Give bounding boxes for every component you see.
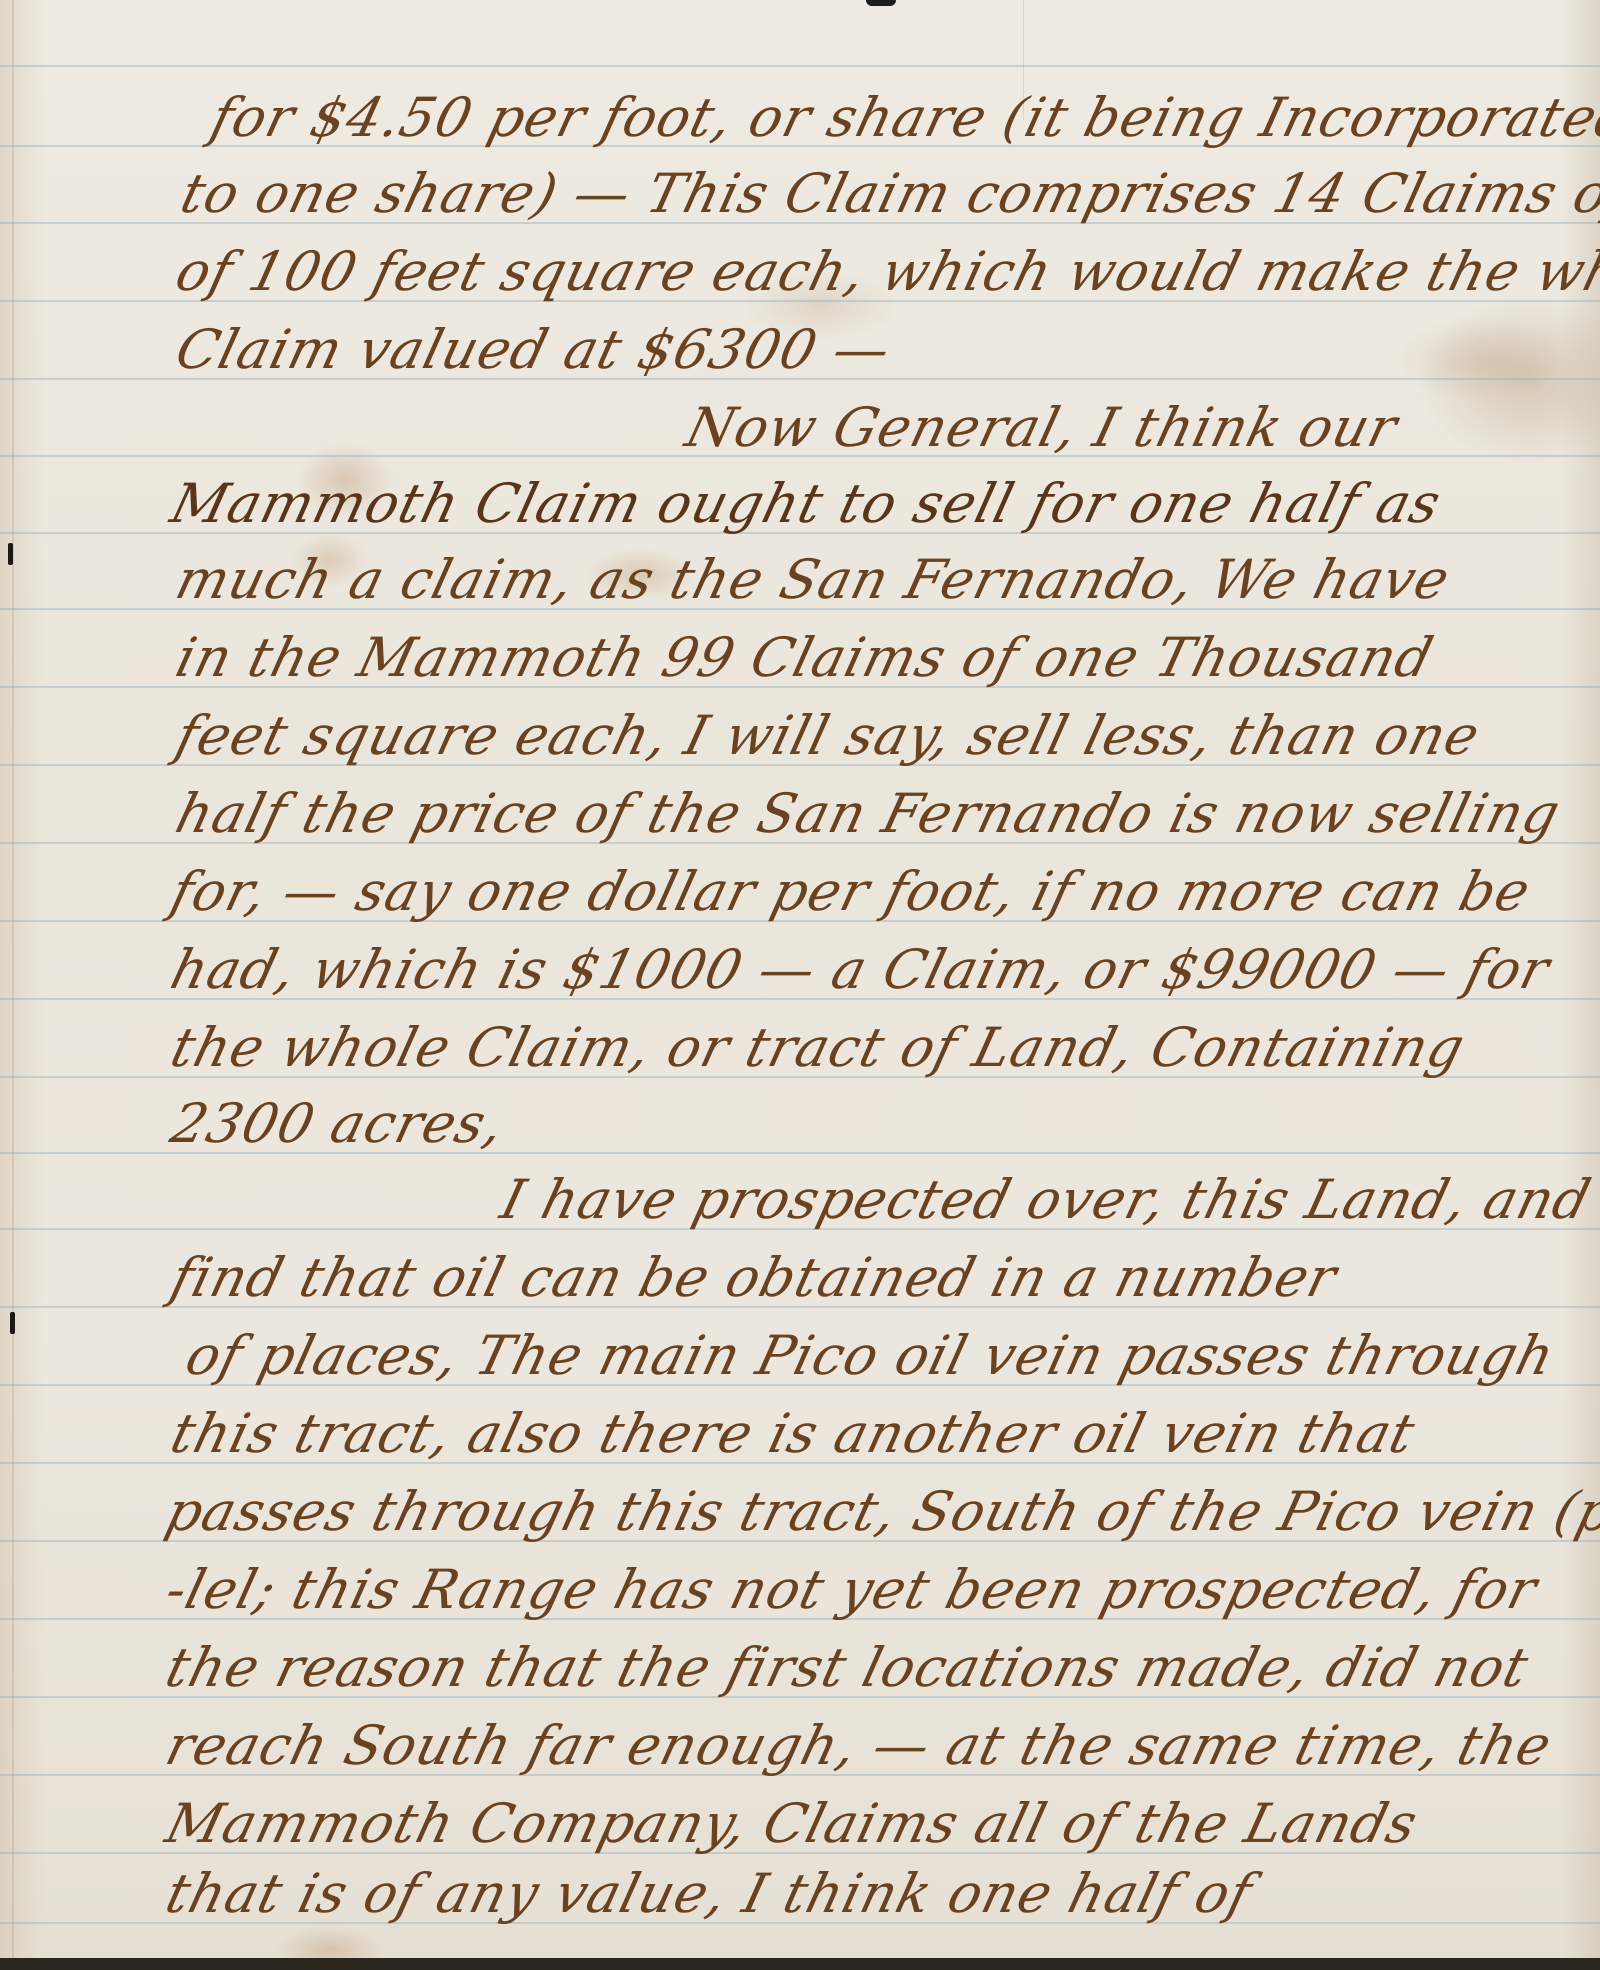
text-line-19: passes through this tract, South of the … [160, 1482, 1600, 1542]
text-line-10: half the price of the San Fernando is no… [170, 784, 1566, 844]
text-line-14: 2300 acres, [165, 1094, 511, 1154]
text-line-24: that is of any value, I think one half o… [160, 1864, 1258, 1924]
text-line-2: to one share) — This Claim comprises 14 … [175, 164, 1600, 224]
text-line-15: I have prospected over, this Land, and [495, 1170, 1597, 1230]
ink-mark-left-lower [10, 1312, 15, 1334]
text-line-13: the whole Claim, or tract of Land, Conta… [165, 1018, 1471, 1078]
text-line-17: of places, The main Pico oil vein passes… [180, 1326, 1561, 1386]
text-line-20: -lel; this Range has not yet been prospe… [160, 1560, 1543, 1620]
text-line-6: Mammoth Claim ought to sell for one half… [165, 474, 1447, 534]
text-line-23: Mammoth Company, Claims all of the Lands [160, 1794, 1424, 1854]
text-line-9: feet square each, I will say, sell less,… [170, 706, 1486, 766]
page-bottom-edge [0, 1958, 1600, 1970]
text-line-21: the reason that the first locations made… [160, 1638, 1535, 1698]
ink-mark-left-upper [8, 543, 13, 565]
text-line-4: Claim valued at $6300 — [170, 320, 897, 380]
text-line-8: in the Mammoth 99 Claims of one Thousand [170, 628, 1439, 688]
margin-line [12, 0, 14, 1958]
text-line-7: much a claim, as the San Fernando, We ha… [170, 550, 1456, 610]
text-line-12: had, which is $1000 — a Claim, or $99000… [165, 940, 1556, 1000]
text-line-5: Now General, I think our [680, 398, 1404, 458]
ruled-line [0, 65, 1600, 67]
top-edge-mark [866, 0, 896, 6]
text-line-11: for, — say one dollar per foot, if no mo… [165, 862, 1537, 922]
letter-page: for $4.50 per foot, or share (it being I… [0, 0, 1600, 1958]
text-line-3: of 100 feet square each, which would mak… [170, 242, 1600, 302]
text-line-22: reach South far enough, — at the same ti… [160, 1716, 1558, 1776]
text-line-18: this tract, also there is another oil ve… [165, 1404, 1421, 1464]
text-line-1: for $4.50 per foot, or share (it being I… [205, 88, 1600, 148]
text-line-16: find that oil can be obtained in a numbe… [165, 1248, 1343, 1308]
